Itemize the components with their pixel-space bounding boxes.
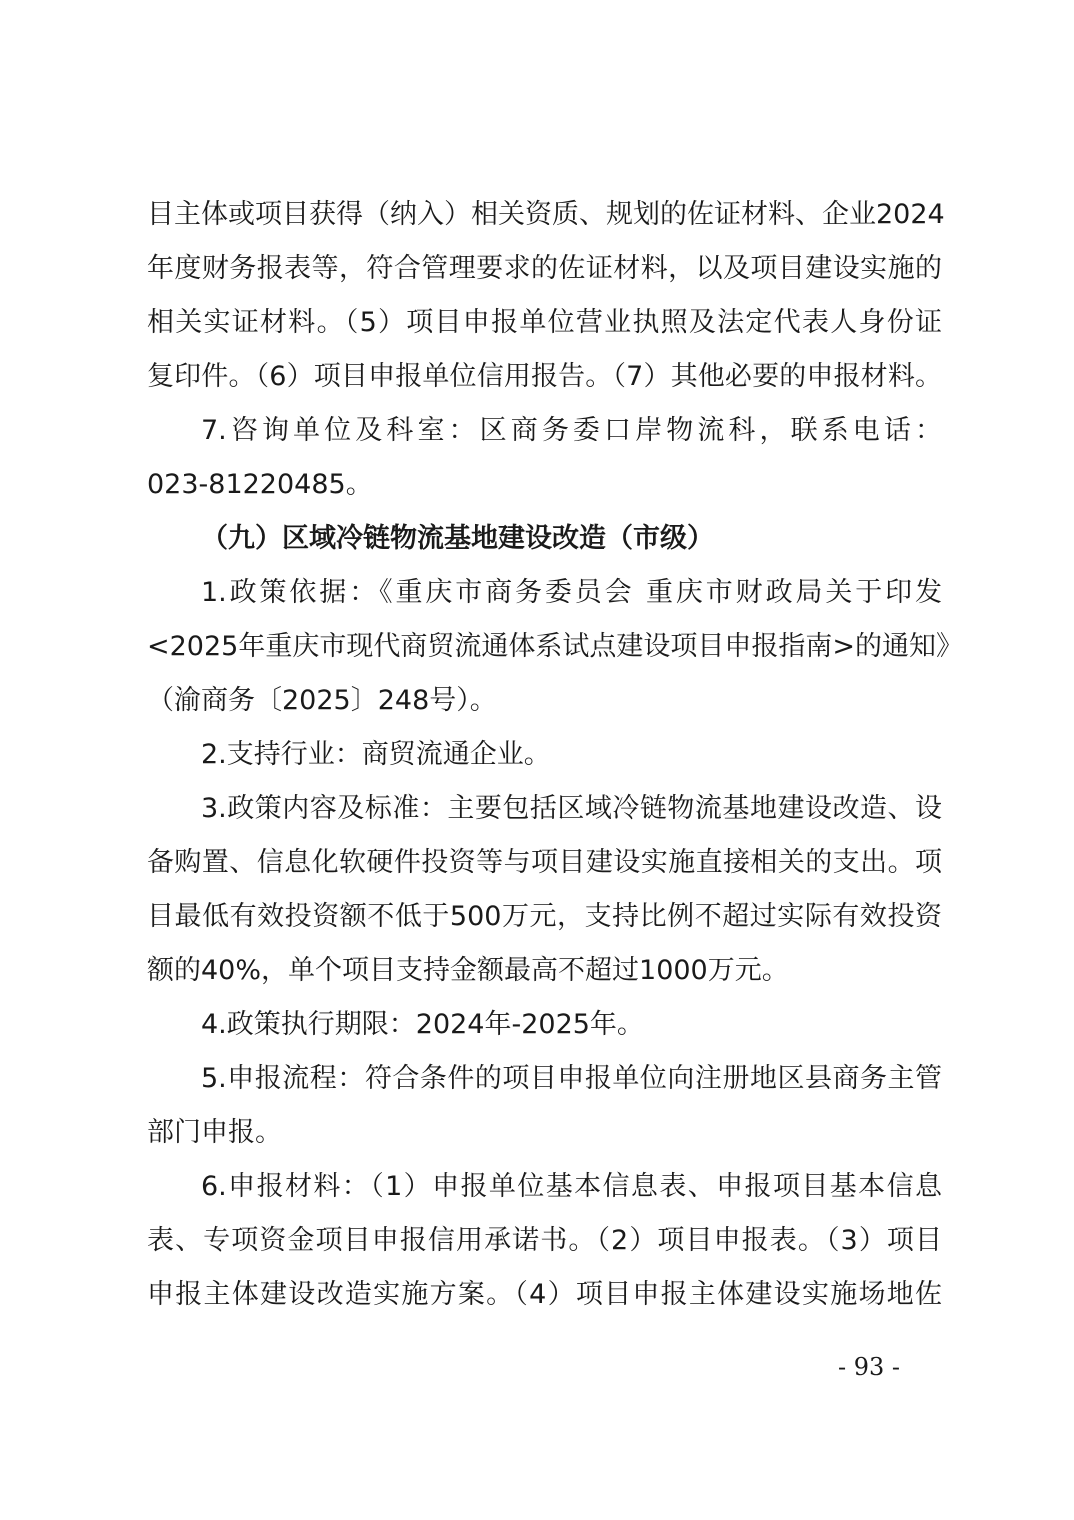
contact-phone: 023-81220485。 [147,465,373,505]
text-line: 申报主体建设改造实施方案。（4）项目申报主体建设实施场地佐 [147,1275,942,1315]
application-materials: 6.申报材料：（1）申报单位基本信息表、申报项目基本信息 [201,1167,942,1207]
text-line: 表、专项资金项目申报信用承诺书。（2）项目申报表。（3）项目 [147,1221,942,1261]
application-process: 5.申报流程：符合条件的项目申报单位向注册地区县商务主管 [201,1059,942,1099]
policy-period: 4.政策执行期限：2024年-2025年。 [201,1005,644,1045]
policy-basis: 1.政策依据：《重庆市商务委员会 重庆市财政局关于印发 [201,573,942,613]
text-line: 复印件。（6）项目申报单位信用报告。（7）其他必要的申报材料。 [147,357,942,397]
policy-content: 3.政策内容及标准：主要包括区域冷链物流基地建设改造、设 [201,789,942,829]
text-line: 备购置、信息化软硬件投资等与项目建设实施直接相关的支出。项 [147,843,942,883]
text-line: 额的40%，单个项目支持金额最高不超过1000万元。 [147,951,789,991]
text-line: 部门申报。 [147,1113,282,1153]
text-line: 年度财务报表等，符合管理要求的佐证材料，以及项目建设实施的 [147,249,942,289]
text-line: （渝商务〔2025〕248号）。 [147,681,497,721]
text-line: <2025年重庆市现代商贸流通体系试点建设项目申报指南>的通知》 [147,627,942,667]
page-number: - 93 - [838,1352,900,1382]
section-heading: （九）区域冷链物流基地建设改造（市级） [201,519,714,559]
text-line: 相关实证材料。（5）项目申报单位营业执照及法定代表人身份证 [147,303,942,343]
supported-industry: 2.支持行业：商贸流通企业。 [201,735,551,775]
contact-line: 7.咨询单位及科室：区商务委口岸物流科，联系电话： [201,411,942,451]
text-line: 目主体或项目获得（纳入）相关资质、规划的佐证材料、企业2024 [147,195,942,235]
text-line: 目最低有效投资额不低于500万元，支持比例不超过实际有效投资 [147,897,942,937]
